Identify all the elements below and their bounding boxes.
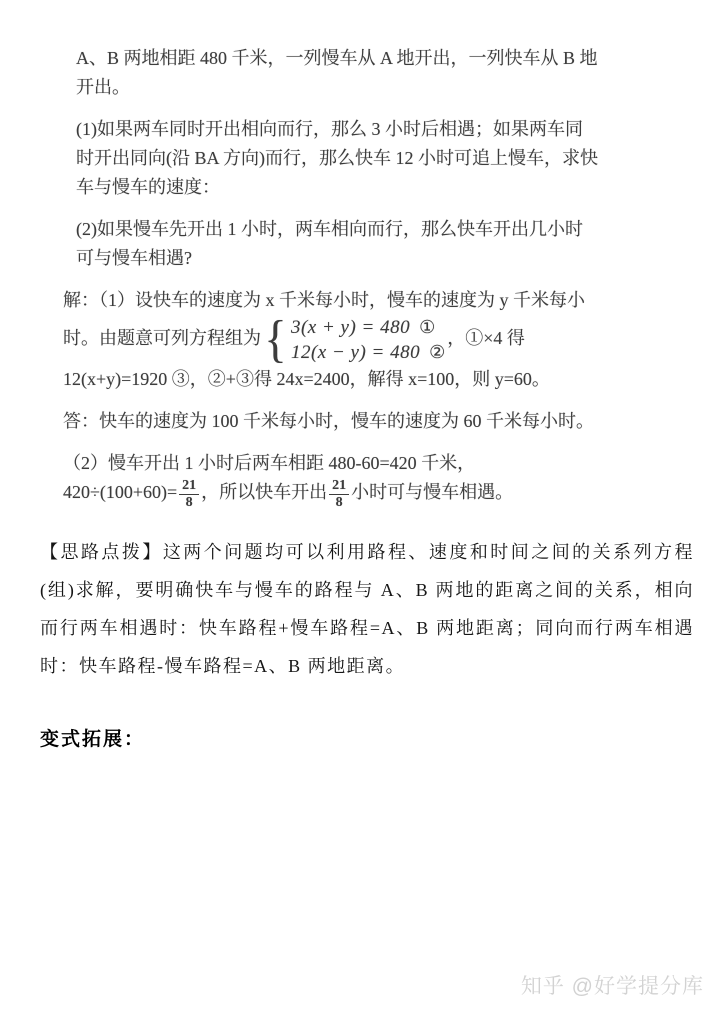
variation-section-title: 变式拓展： — [40, 724, 145, 751]
fraction-denominator: 8 — [186, 495, 193, 510]
part2-calc: 420÷(100+60)= — [63, 482, 177, 502]
part2-mid: ，所以快车开出 — [201, 482, 327, 502]
equation-system: {3(x + y) = 480①12(x − y) = 480② — [263, 315, 445, 365]
fraction-21-8: 218 — [179, 478, 199, 510]
problem-solution-scan: A、B 两地相距 480 千米，一列慢车从 A 地开出，一列快车从 B 地开出。… — [63, 44, 599, 510]
solution-part2-paragraph: （2）慢车开出 1 小时后两车相距 480-60=420 千米，420÷(100… — [63, 449, 599, 510]
part2-tail: 小时可与慢车相遇。 — [351, 482, 513, 502]
problem-part2: (2)如果慢车先开出 1 小时，两车相向而行，那么快车开出几小时可与慢车相遇? — [76, 215, 599, 273]
equation-1: 3(x + y) = 480 — [291, 315, 410, 340]
hint-title: 【思路点拨】 — [40, 542, 163, 562]
equation-rows: 3(x + y) = 480①12(x − y) = 480② — [291, 315, 445, 365]
left-brace-glyph: { — [264, 315, 286, 365]
watermark-text: 知乎 @好学提分库 — [521, 975, 704, 998]
hint-body: 这两个问题均可以利用路程、速度和时间之间的关系列方程(组)求解，要明确快车与慢车… — [40, 542, 694, 676]
equation-row-1: 3(x + y) = 480① — [291, 315, 445, 340]
part2-line1: （2）慢车开出 1 小时后两车相距 480-60=420 千米， — [63, 449, 599, 478]
fraction-21-8: 218 — [329, 478, 349, 510]
equation-row-2: 12(x − y) = 480② — [291, 340, 445, 365]
solution-paragraph: 解：（1）设快车的速度为 x 千米每小时，慢车的速度为 y 千米每小时。由题意可… — [63, 286, 599, 394]
problem-intro: A、B 两地相距 480 千米，一列慢车从 A 地开出，一列快车从 B 地开出。 — [76, 44, 599, 102]
problem-part1: (1)如果两车同时开出相向而行，那么 3 小时后相遇；如果两车同时开出同向(沿 … — [76, 115, 599, 202]
fraction-numerator: 21 — [179, 478, 199, 495]
equation-2: 12(x − y) = 480 — [291, 340, 420, 365]
hint-paragraph: 【思路点拨】这两个问题均可以利用路程、速度和时间之间的关系列方程(组)求解，要明… — [40, 533, 694, 685]
equation-1-label: ① — [419, 315, 435, 340]
fraction-denominator: 8 — [336, 495, 343, 510]
watermark: 知乎 @好学提分库 — [521, 970, 704, 1000]
fraction-numerator: 21 — [329, 478, 349, 495]
equation-2-label: ② — [429, 340, 445, 365]
page: A、B 两地相距 480 千米，一列慢车从 A 地开出，一列快车从 B 地开出。… — [0, 0, 720, 1018]
answer-paragraph: 答：快车的速度为 100 千米每小时，慢车的速度为 60 千米每小时。 — [63, 407, 599, 436]
